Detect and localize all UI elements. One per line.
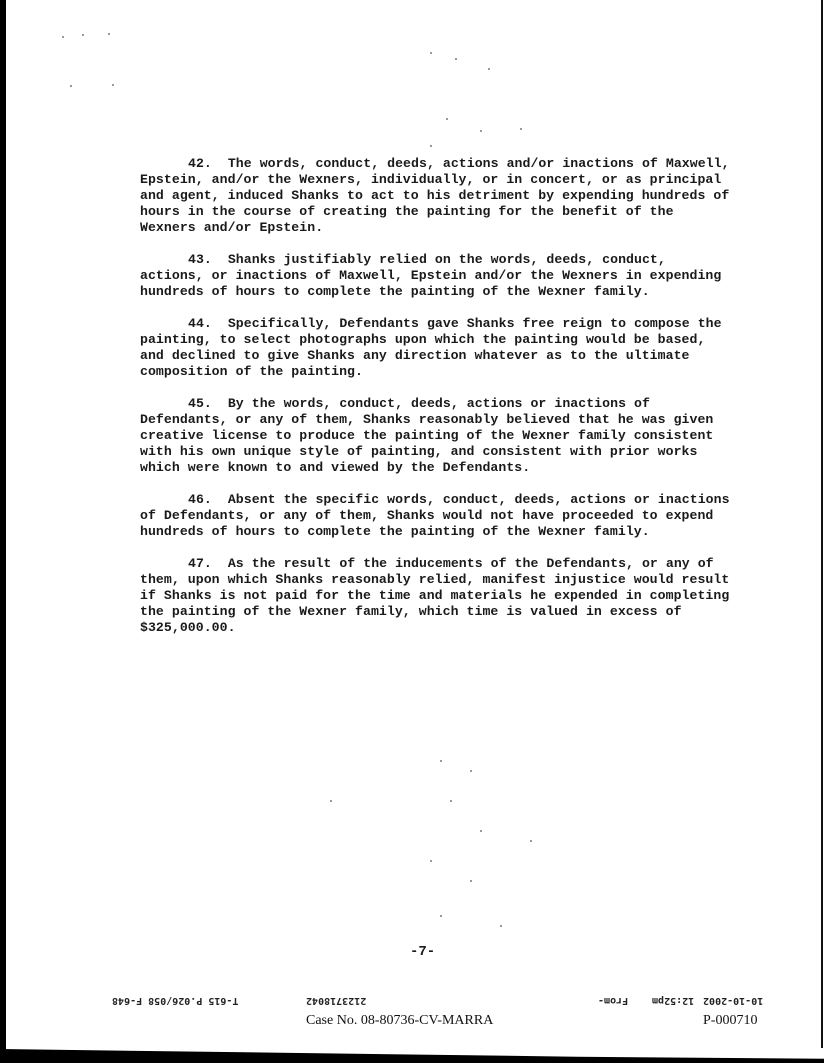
- fax-header-time: 12:52pm: [652, 995, 694, 1006]
- scan-bottom-border: [0, 1049, 824, 1063]
- bates-number: P-000710: [703, 1013, 757, 1029]
- paragraph-42: 42. The words, conduct, deeds, actions a…: [140, 156, 730, 236]
- scan-left-border: [0, 0, 6, 1063]
- fax-header-from: From-: [598, 995, 628, 1006]
- page-number: -7-: [410, 944, 435, 960]
- paragraph-number: 47.: [188, 556, 212, 571]
- case-number: Case No. 08-80736-CV-MARRA: [306, 1013, 493, 1029]
- paragraph-text: By the words, conduct, deeds, actions or…: [140, 396, 721, 475]
- fax-header-page-info: T-615 P.026/058 F-648: [112, 995, 238, 1006]
- paragraph-text: Shanks justifiably relied on the words, …: [140, 252, 729, 299]
- paragraph-45: 45. By the words, conduct, deeds, action…: [140, 396, 730, 476]
- document-body: 42. The words, conduct, deeds, actions a…: [140, 156, 730, 652]
- fax-header-date: 10-10-2002: [703, 995, 763, 1006]
- scan-right-border: [821, 0, 823, 1048]
- paragraph-text: As the result of the inducements of the …: [140, 556, 737, 635]
- paragraph-text: Specifically, Defendants gave Shanks fre…: [140, 316, 730, 379]
- paragraph-number: 44.: [188, 316, 212, 331]
- paragraph-47: 47. As the result of the inducements of …: [140, 556, 730, 636]
- paragraph-46: 46. Absent the specific words, conduct, …: [140, 492, 730, 540]
- paragraph-text: Absent the specific words, conduct, deed…: [140, 492, 738, 539]
- paragraph-44: 44. Specifically, Defendants gave Shanks…: [140, 316, 730, 380]
- paragraph-number: 42.: [188, 156, 212, 171]
- paragraph-43: 43. Shanks justifiably relied on the wor…: [140, 252, 730, 300]
- paragraph-text: The words, conduct, deeds, actions and/o…: [140, 156, 738, 235]
- paragraph-number: 45.: [188, 396, 212, 411]
- paragraph-number: 46.: [188, 492, 212, 507]
- fax-header-phone: 2123718042: [306, 995, 366, 1006]
- paragraph-number: 43.: [188, 252, 212, 267]
